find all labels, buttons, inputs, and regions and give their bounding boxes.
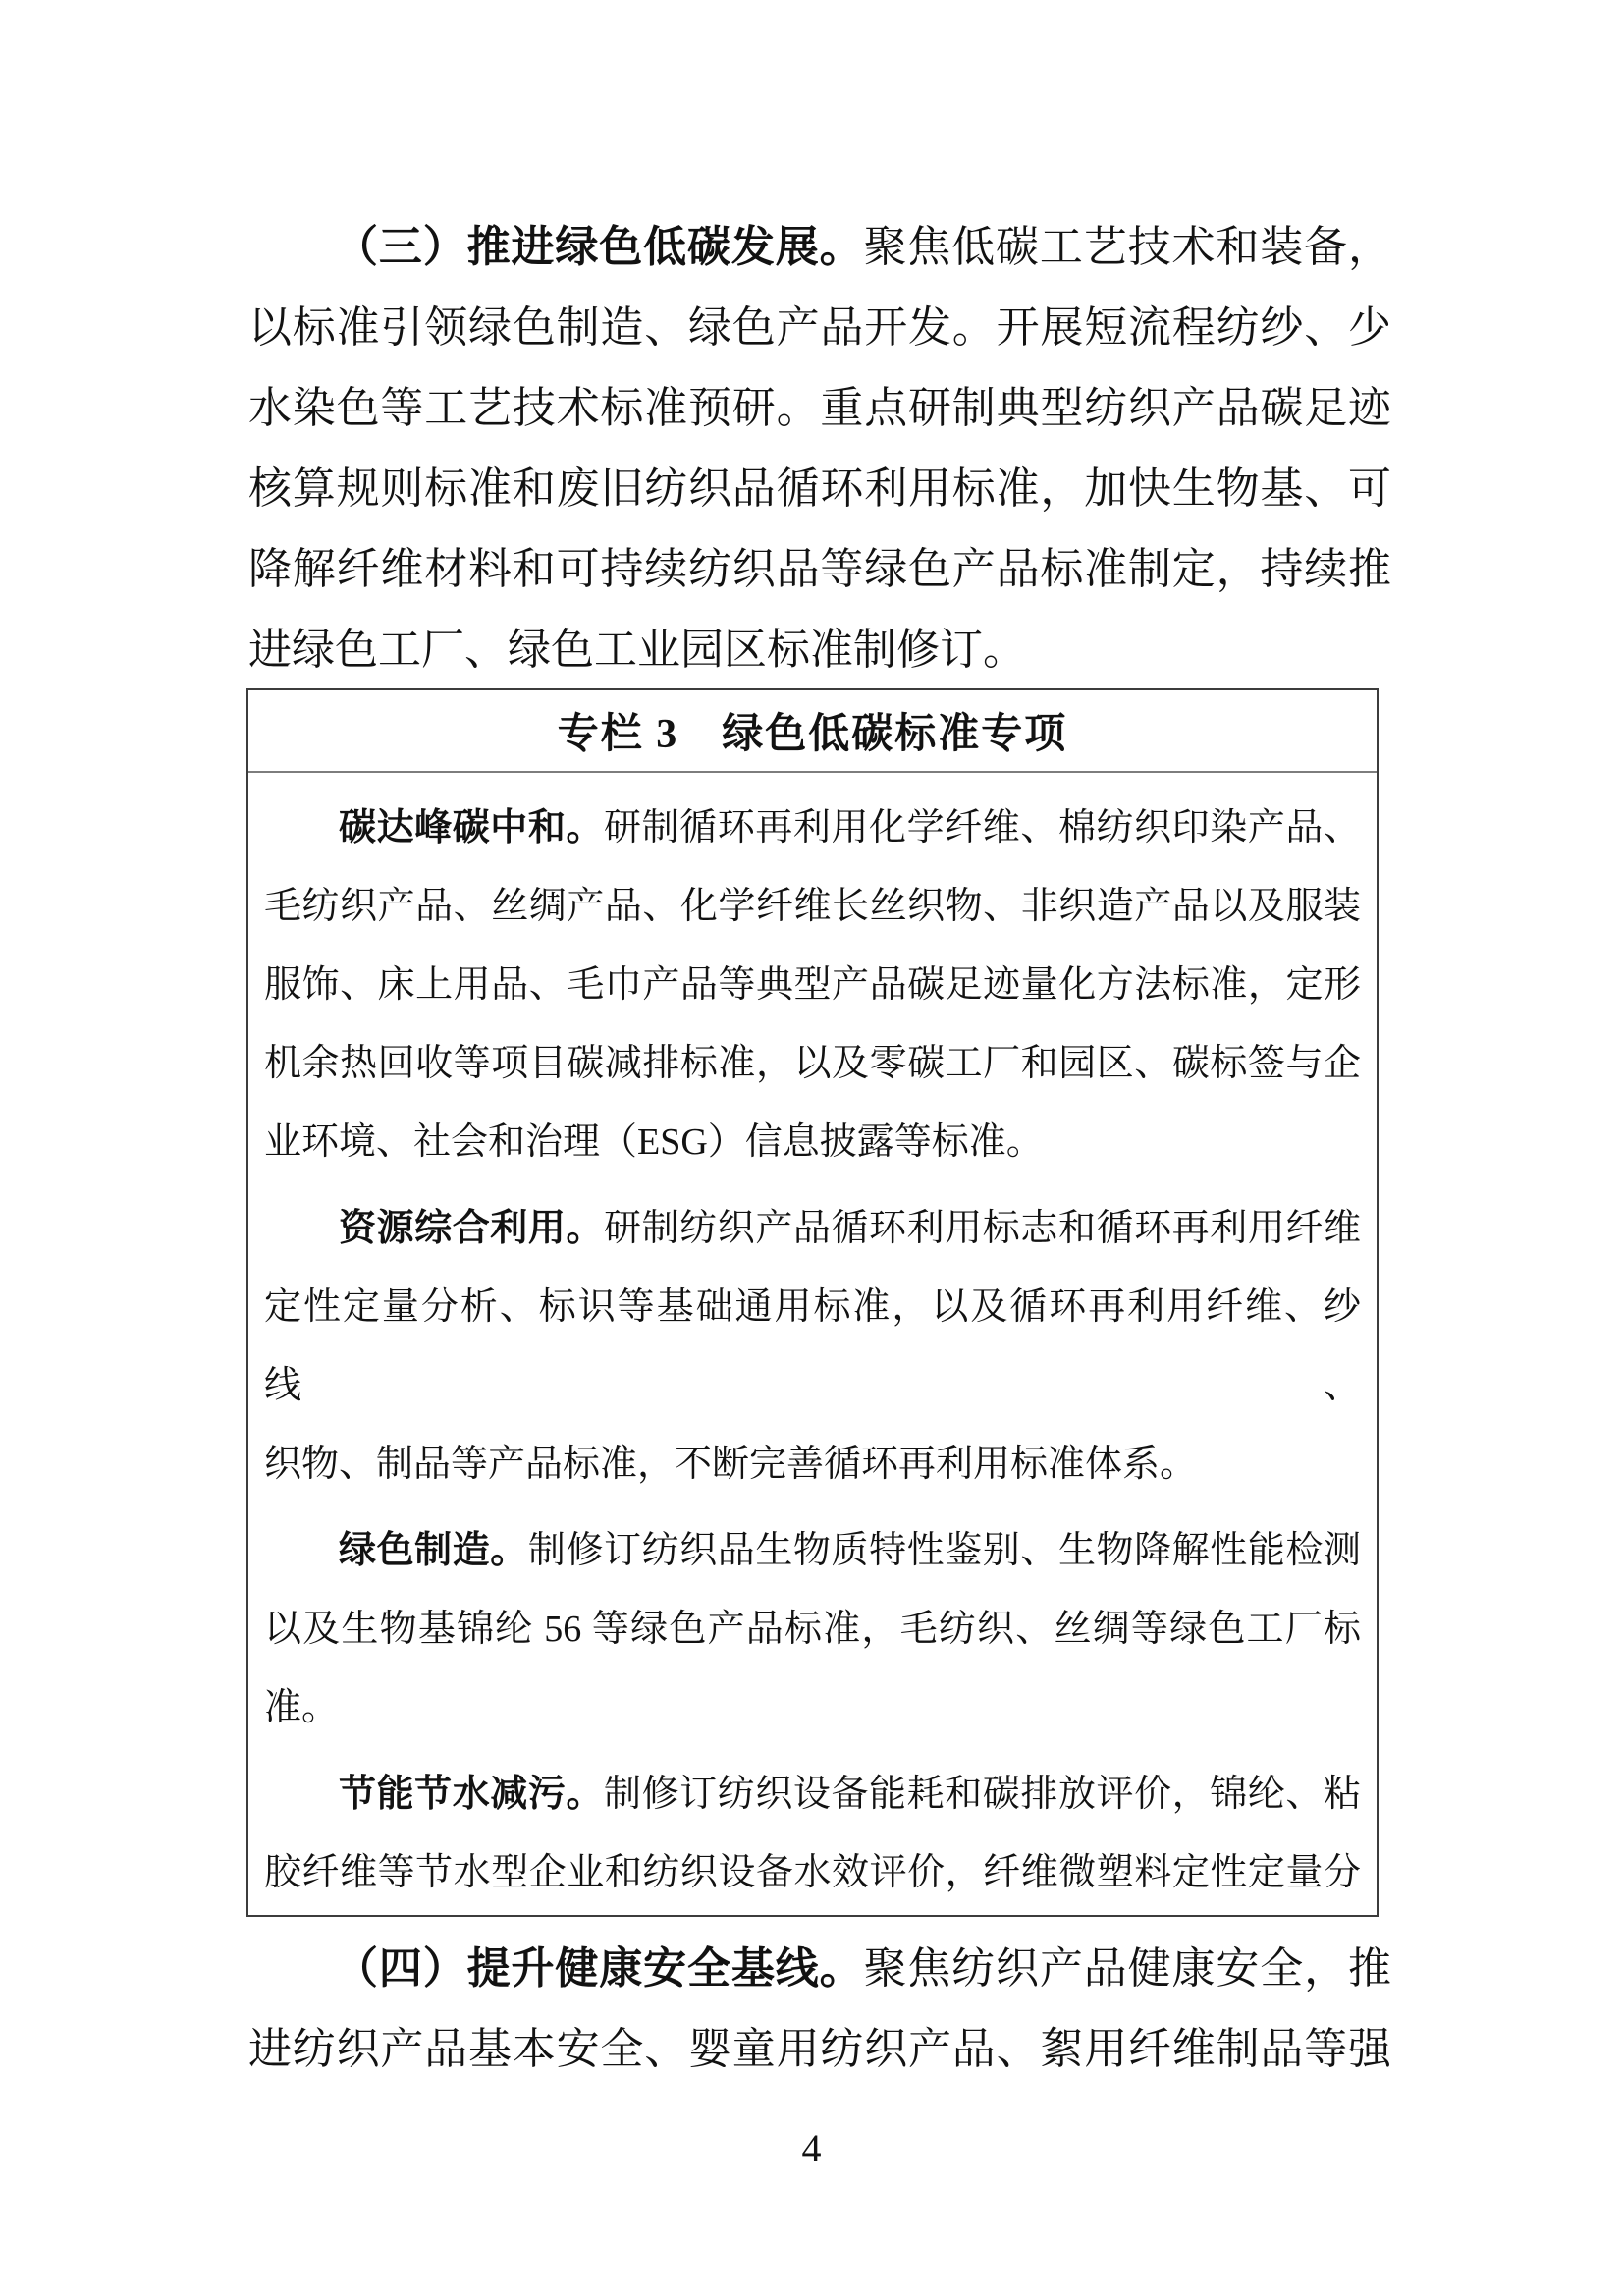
line-text: 服饰、床上用品、毛巾产品等典型产品碳足迹量化方法标准，定形 [264, 964, 1361, 1006]
bold-lead-text: 资源综合利用。 [339, 1208, 604, 1249]
line-text: 降解纤维材料和可持续纺织品等绿色产品标准制定，持续推 [248, 545, 1391, 593]
text-line: 胶纤维等节水型企业和纺织设备水效评价，纤维微塑料定性定量分 [264, 1833, 1361, 1912]
bold-lead-text: （四）提升健康安全基线。 [335, 1944, 863, 1993]
line-text: 核算规则标准和废旧纺织品循环利用标准，加快生物基、可 [248, 465, 1391, 513]
text-line: 准。 [264, 1668, 1361, 1747]
text-line: 节能节水减污。制修订纺织设备能耗和碳排放评价，锦纶、粘 [264, 1755, 1361, 1833]
line-text: 进纺织产品基本安全、婴童用纺织产品、絮用纤维制品等强 [248, 2025, 1391, 2073]
line-text: 聚焦低碳工艺技术和装备， [863, 223, 1391, 271]
callout-box-header: 专栏 3 绿色低碳标准专项 [248, 690, 1377, 773]
bold-lead-text: （三）推进绿色低碳发展。 [335, 223, 863, 271]
callout-box: 专栏 3 绿色低碳标准专项 碳达峰碳中和。研制循环再利用化学纤维、棉纺织印染产品… [246, 688, 1379, 1917]
text-line: 服饰、床上用品、毛巾产品等典型产品碳足迹量化方法标准，定形 [264, 946, 1361, 1024]
body-paragraph-section-3: （三）推进绿色低碳发展。聚焦低碳工艺技术和装备，以标准引领绿色制造、绿色产品开发… [248, 207, 1391, 690]
line-text: 以及生物基锦纶 56 等绿色产品标准，毛纺织、丝绸等绿色工厂标 [264, 1609, 1361, 1650]
text-line: （四）提升健康安全基线。聚焦纺织产品健康安全，推 [248, 1929, 1391, 2009]
bold-lead-text: 碳达峰碳中和。 [339, 807, 604, 848]
page-number: 4 [0, 2127, 1623, 2170]
line-text: 织物、制品等产品标准，不断完善循环再利用标准体系。 [264, 1444, 1197, 1485]
line-text: 研制循环再利用化学纤维、棉纺织印染产品、 [604, 807, 1361, 848]
line-text: 业环境、社会和治理（ESG）信息披露等标准。 [264, 1121, 1044, 1163]
text-line: 碳达峰碳中和。研制循环再利用化学纤维、棉纺织印染产品、 [264, 789, 1361, 867]
box-paragraph-carbon-peak: 碳达峰碳中和。研制循环再利用化学纤维、棉纺织印染产品、毛纺织产品、丝绸产品、化学… [264, 789, 1361, 1181]
document-page: { "colors": { "background": "#ffffff", "… [0, 0, 1623, 2296]
line-text: 制修订纺织品生物质特性鉴别、生物降解性能检测 [528, 1530, 1361, 1571]
text-line: 以及生物基锦纶 56 等绿色产品标准，毛纺织、丝绸等绿色工厂标 [264, 1590, 1361, 1668]
bold-lead-text: 绿色制造。 [339, 1530, 528, 1571]
text-line: 降解纤维材料和可持续纺织品等绿色产品标准制定，持续推 [248, 529, 1391, 610]
line-text: 制修订纺织设备能耗和碳排放评价，锦纶、粘 [604, 1774, 1361, 1815]
line-text: 毛纺织产品、丝绸产品、化学纤维长丝织物、非织造产品以及服装 [264, 886, 1361, 927]
text-line: 核算规则标准和废旧纺织品循环利用标准，加快生物基、可 [248, 449, 1391, 529]
body-paragraph-section-4: （四）提升健康安全基线。聚焦纺织产品健康安全，推进纺织产品基本安全、婴童用纺织产… [248, 1929, 1391, 2090]
callout-box-title: 专栏 3 绿色低碳标准专项 [558, 701, 1068, 760]
line-text: 进绿色工厂、绿色工业园区标准制修订。 [248, 626, 1026, 674]
line-text: 聚焦纺织产品健康安全，推 [863, 1944, 1391, 1993]
text-line: 机余热回收等项目碳减排标准，以及零碳工厂和园区、碳标签与企 [264, 1024, 1361, 1103]
text-line: 以标准引领绿色制造、绿色产品开发。开展短流程纺纱、少 [248, 288, 1391, 368]
text-line: 定性定量分析、标识等基础通用标准，以及循环再利用纤维、纱线、 [264, 1268, 1361, 1425]
callout-box-body: 碳达峰碳中和。研制循环再利用化学纤维、棉纺织印染产品、毛纺织产品、丝绸产品、化学… [248, 773, 1377, 1917]
text-line: 织物、制品等产品标准，不断完善循环再利用标准体系。 [264, 1425, 1361, 1503]
box-paragraph-resource-utilization: 资源综合利用。研制纺织产品循环利用标志和循环再利用纤维定性定量分析、标识等基础通… [264, 1189, 1361, 1503]
box-paragraph-energy-water-saving: 节能节水减污。制修订纺织设备能耗和碳排放评价，锦纶、粘胶纤维等节水型企业和纺织设… [264, 1755, 1361, 1917]
line-text: 准。 [264, 1687, 339, 1728]
line-text: 机余热回收等项目碳减排标准，以及零碳工厂和园区、碳标签与企 [264, 1043, 1361, 1084]
text-line: 析，纺织染整工业水污染物排放等标准。 [264, 1912, 1361, 1917]
line-text: 水染色等工艺技术标准预研。重点研制典型纺织产品碳足迹 [248, 384, 1391, 432]
box-paragraph-green-manufacturing: 绿色制造。制修订纺织品生物质特性鉴别、生物降解性能检测以及生物基锦纶 56 等绿… [264, 1511, 1361, 1747]
line-text: 以标准引领绿色制造、绿色产品开发。开展短流程纺纱、少 [248, 303, 1391, 352]
text-line: 进纺织产品基本安全、婴童用纺织产品、絮用纤维制品等强 [248, 2009, 1391, 2090]
text-line: 绿色制造。制修订纺织品生物质特性鉴别、生物降解性能检测 [264, 1511, 1361, 1590]
text-line: 资源综合利用。研制纺织产品循环利用标志和循环再利用纤维 [264, 1189, 1361, 1268]
text-line: （三）推进绿色低碳发展。聚焦低碳工艺技术和装备， [248, 207, 1391, 288]
line-text: 定性定量分析、标识等基础通用标准，以及循环再利用纤维、纱线、 [264, 1286, 1361, 1406]
text-line: 进绿色工厂、绿色工业园区标准制修订。 [248, 610, 1391, 690]
text-line: 毛纺织产品、丝绸产品、化学纤维长丝织物、非织造产品以及服装 [264, 867, 1361, 946]
bold-lead-text: 节能节水减污。 [339, 1774, 604, 1815]
line-text: 胶纤维等节水型企业和纺织设备水效评价，纤维微塑料定性定量分 [264, 1852, 1361, 1893]
text-line: 水染色等工艺技术标准预研。重点研制典型纺织产品碳足迹 [248, 368, 1391, 449]
text-line: 业环境、社会和治理（ESG）信息披露等标准。 [264, 1103, 1361, 1181]
line-text: 研制纺织产品循环利用标志和循环再利用纤维 [604, 1208, 1361, 1249]
